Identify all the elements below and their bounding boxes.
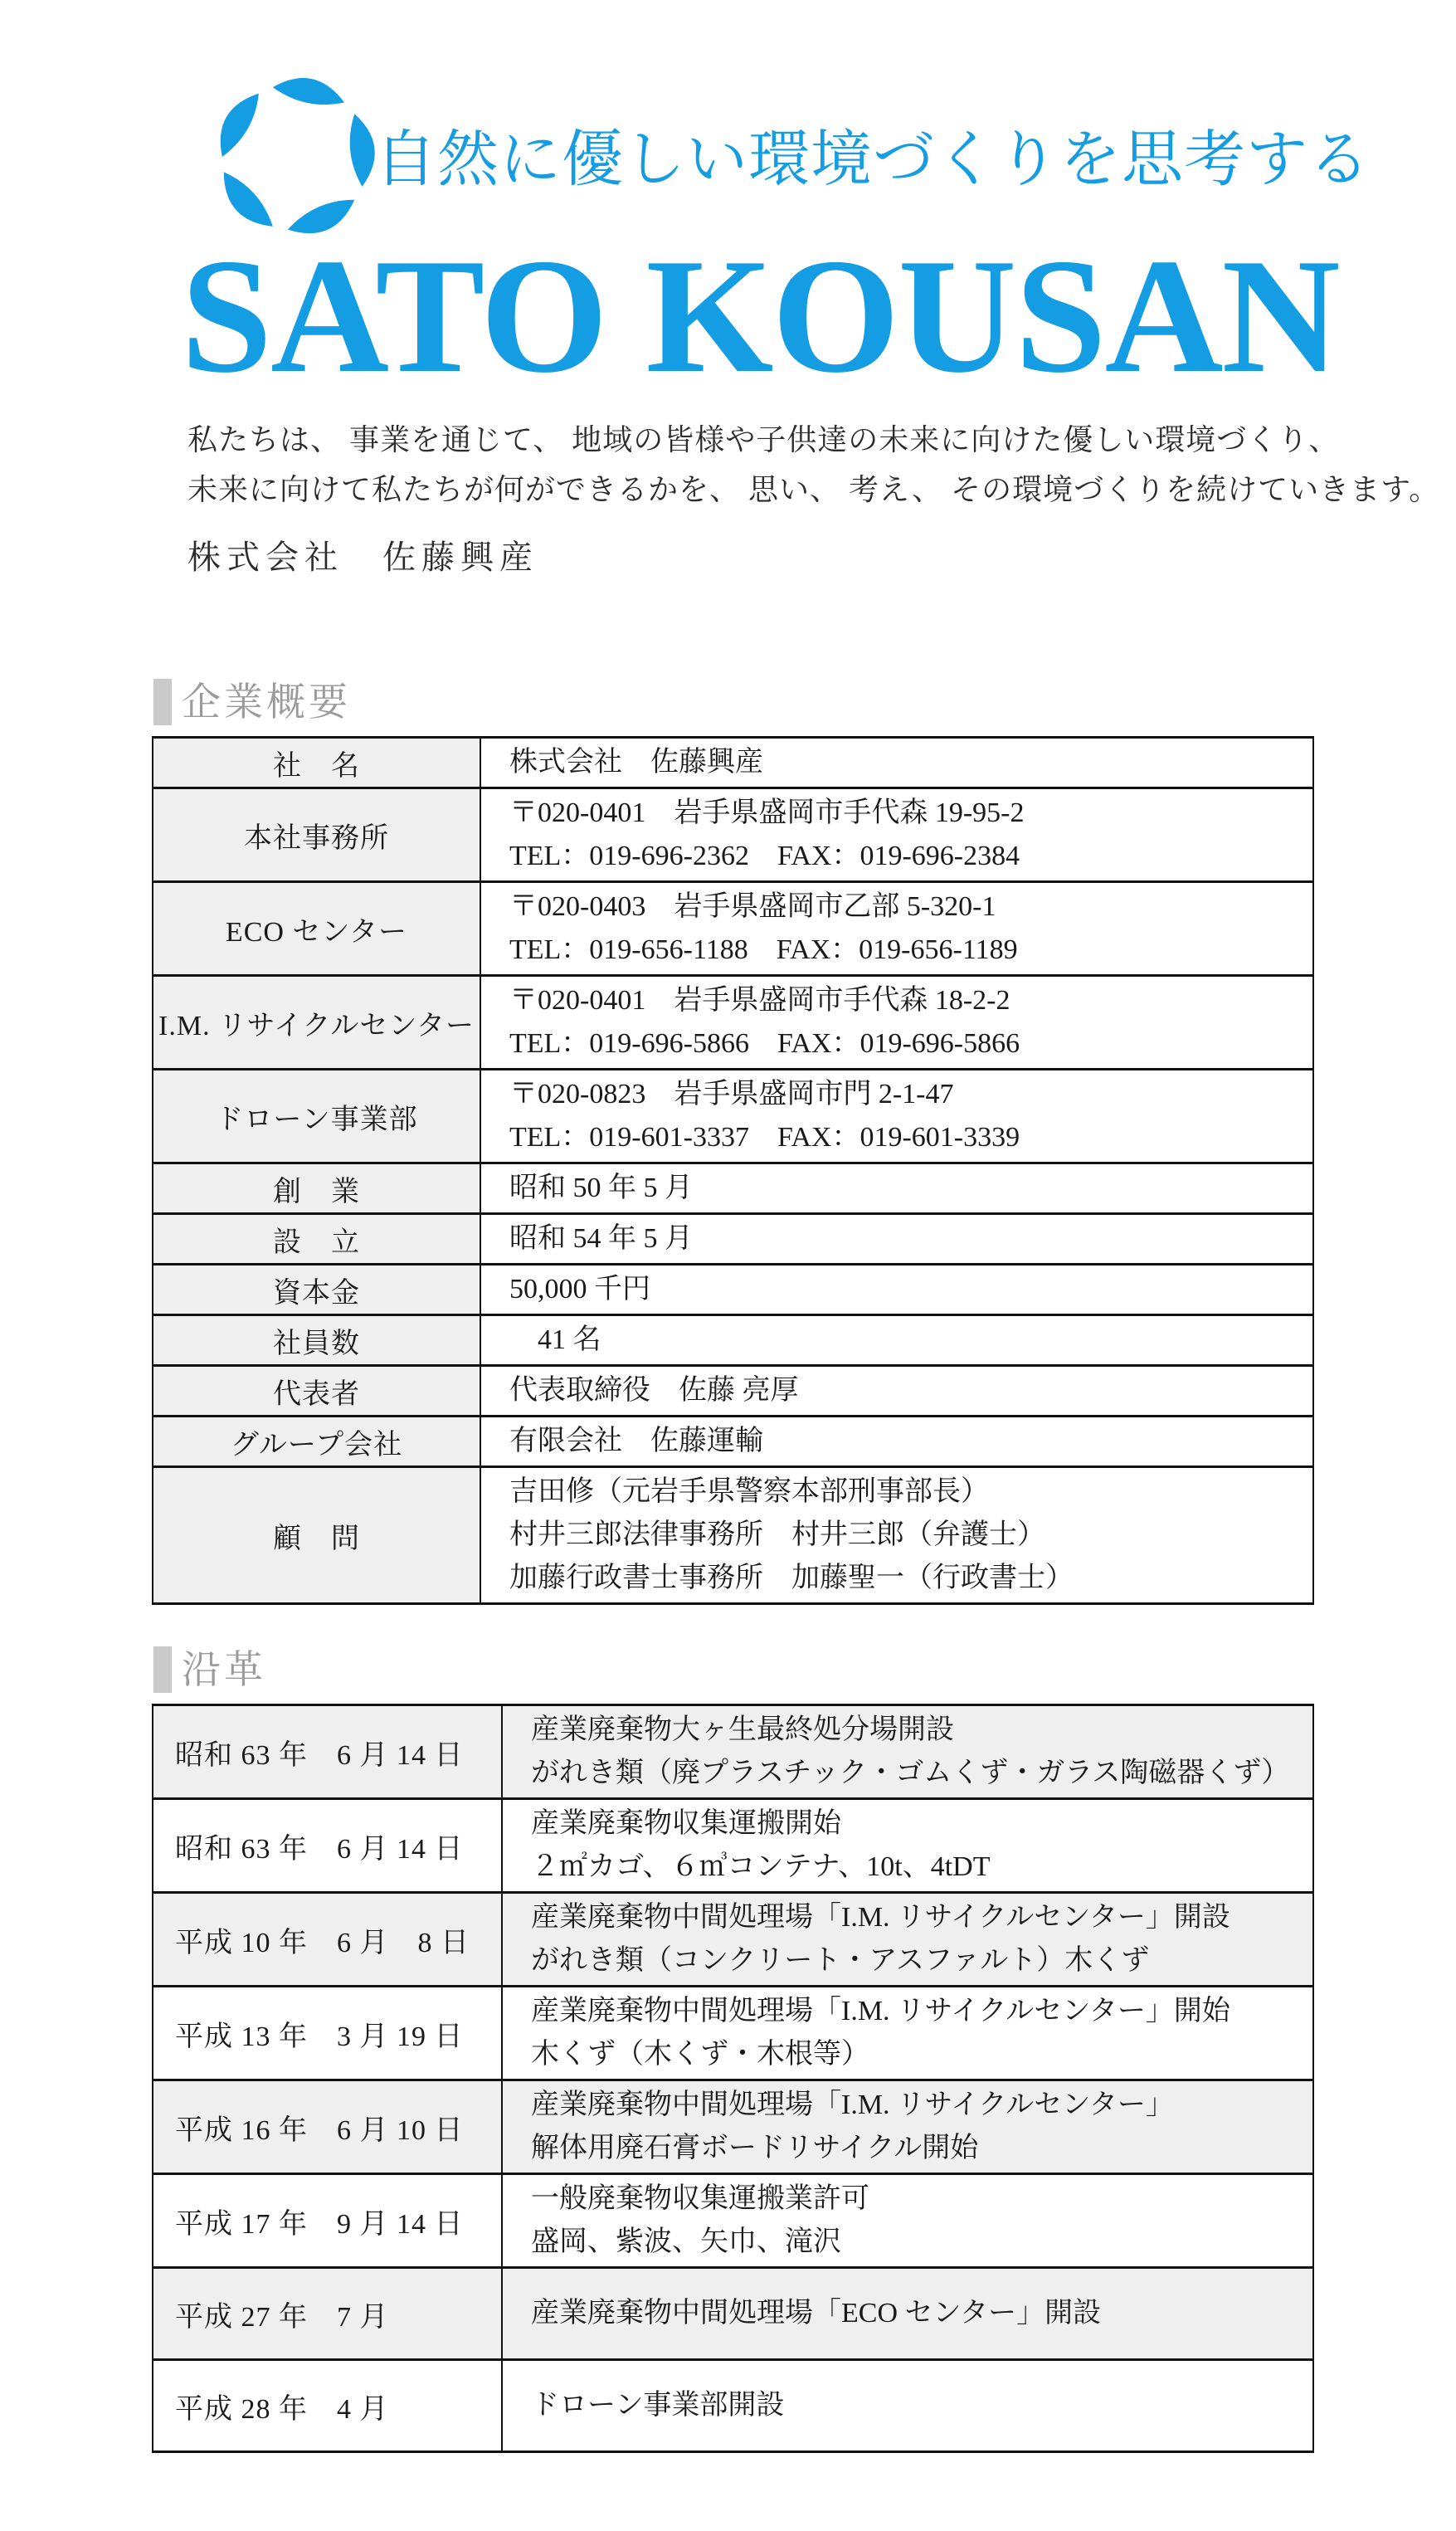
table-row: 資本金 50,000 千円 xyxy=(153,1265,1313,1315)
section-title: 企業概要 xyxy=(182,682,351,723)
history-date: 昭和 63 年 6 月 14 日 xyxy=(153,1799,502,1893)
row-label: I.M. リサイクルセンター xyxy=(153,976,480,1070)
row-value: 〒020-0401 岩手県盛岡市手代森 18-2-2TEL：019-696-58… xyxy=(480,976,1313,1070)
brand-title-en: SATO KOUSAN xyxy=(181,234,1339,398)
row-label: 設 立 xyxy=(153,1214,480,1265)
table-row: グループ会社 有限会社 佐藤運輸 xyxy=(153,1417,1313,1467)
history-date: 昭和 63 年 6 月 14 日 xyxy=(153,1705,502,1799)
history-date: 平成 10 年 6 月 8 日 xyxy=(153,1893,502,1987)
history-row: 平成 10 年 6 月 8 日 産業廃棄物中間処理場「I.M. リサイクルセンタ… xyxy=(153,1893,1313,1987)
row-label: グループ会社 xyxy=(153,1417,480,1467)
history-row: 平成 13 年 3 月 19 日 産業廃棄物中間処理場「I.M. リサイクルセン… xyxy=(153,1987,1313,2080)
history-description: 産業廃棄物中間処理場「ECO センター」開設 xyxy=(502,2268,1313,2360)
table-row: 創 業 昭和 50 年 5 月 xyxy=(153,1163,1313,1214)
row-value: 〒020-0401 岩手県盛岡市手代森 19-95-2TEL：019-696-2… xyxy=(480,788,1313,882)
history-description: 産業廃棄物中間処理場「I.M. リサイクルセンター」解体用廃石膏ボードリサイクル… xyxy=(502,2080,1313,2174)
table-row: I.M. リサイクルセンター 〒020-0401 岩手県盛岡市手代森 18-2-… xyxy=(153,976,1313,1070)
section-header-overview: 企業概要 xyxy=(153,679,351,725)
history-description: 産業廃棄物収集運搬開始２㎡カゴ、６㎥コンテナ、10t、4tDT xyxy=(502,1799,1313,1893)
row-value: 昭和 50 年 5 月 xyxy=(480,1163,1313,1214)
row-label: 社員数 xyxy=(153,1315,480,1366)
table-row: 本社事務所 〒020-0401 岩手県盛岡市手代森 19-95-2TEL：019… xyxy=(153,788,1313,882)
row-label: ECO センター xyxy=(153,882,480,976)
history-description: 産業廃棄物中間処理場「I.M. リサイクルセンター」開設がれき類（コンクリート・… xyxy=(502,1893,1313,1987)
history-row: 平成 16 年 6 月 10 日 産業廃棄物中間処理場「I.M. リサイクルセン… xyxy=(153,2080,1313,2174)
row-value: 代表取締役 佐藤 亮厚 xyxy=(480,1366,1313,1417)
row-value: 昭和 54 年 5 月 xyxy=(480,1214,1313,1265)
mission-line: 私たちは、 事業を通じて、 地域の皆様や子供達の未来に向けた優しい環境づくり、 xyxy=(187,415,1439,465)
history-date: 平成 16 年 6 月 10 日 xyxy=(153,2080,502,2174)
table-row: 社員数 41 名 xyxy=(153,1315,1313,1366)
company-profile-page: { "brand": { "tagline": "自然に優しい環境づくりを思考す… xyxy=(0,0,1456,2531)
row-label: 社 名 xyxy=(153,738,480,788)
mission-statement: 私たちは、 事業を通じて、 地域の皆様や子供達の未来に向けた優しい環境づくり、 … xyxy=(187,415,1439,514)
row-label: 本社事務所 xyxy=(153,788,480,882)
row-label: 顧 問 xyxy=(153,1467,480,1604)
row-value: 〒020-0403 岩手県盛岡市乙部 5-320-1TEL：019-656-11… xyxy=(480,882,1313,976)
section-marker-bar xyxy=(153,679,172,725)
row-value: 吉田修（元岩手県警察本部刑事部長）村井三郎法律事務所 村井三郎（弁護士）加藤行政… xyxy=(480,1467,1313,1604)
row-value: 41 名 xyxy=(480,1315,1313,1366)
row-label: 創 業 xyxy=(153,1163,480,1214)
table-row: ECO センター 〒020-0403 岩手県盛岡市乙部 5-320-1TEL：0… xyxy=(153,882,1313,976)
table-row: 社 名 株式会社 佐藤興産 xyxy=(153,738,1313,788)
section-title: 沿革 xyxy=(182,1650,266,1690)
section-marker-bar xyxy=(153,1646,172,1693)
history-description: 産業廃棄物大ヶ生最終処分場開設がれき類（廃プラスチック・ゴムくず・ガラス陶磁器く… xyxy=(502,1705,1313,1799)
row-value: 50,000 千円 xyxy=(480,1265,1313,1315)
row-value: 有限会社 佐藤運輸 xyxy=(480,1417,1313,1467)
section-header-history: 沿革 xyxy=(153,1646,266,1693)
history-date: 平成 17 年 9 月 14 日 xyxy=(153,2174,502,2268)
history-description: ドローン事業部開設 xyxy=(502,2360,1313,2452)
history-date: 平成 13 年 3 月 19 日 xyxy=(153,1987,502,2080)
table-row: ドローン事業部 〒020-0823 岩手県盛岡市門 2-1-47TEL：019-… xyxy=(153,1070,1313,1163)
table-row: 設 立 昭和 54 年 5 月 xyxy=(153,1214,1313,1265)
row-value: 株式会社 佐藤興産 xyxy=(480,738,1313,788)
table-row: 代表者 代表取締役 佐藤 亮厚 xyxy=(153,1366,1313,1417)
company-name-jp: 株式会社 佐藤興産 xyxy=(187,531,538,578)
table-row: 顧 問 吉田修（元岩手県警察本部刑事部長）村井三郎法律事務所 村井三郎（弁護士）… xyxy=(153,1467,1313,1604)
history-date: 平成 27 年 7 月 xyxy=(153,2268,502,2360)
row-label: 代表者 xyxy=(153,1366,480,1417)
history-row: 平成 28 年 4 月 ドローン事業部開設 xyxy=(153,2360,1313,2452)
swirl-logo-icon xyxy=(214,71,377,242)
mission-line: 未来に向けて私たちが何ができるかを、 思い、 考え、 その環境づくりを続けていき… xyxy=(187,465,1439,514)
history-description: 産業廃棄物中間処理場「I.M. リサイクルセンター」開始木くず（木くず・木根等） xyxy=(502,1987,1313,2080)
row-label: 資本金 xyxy=(153,1265,480,1315)
history-description: 一般廃棄物収集運搬業許可盛岡、紫波、矢巾、滝沢 xyxy=(502,2174,1313,2268)
history-row: 昭和 63 年 6 月 14 日 産業廃棄物大ヶ生最終処分場開設がれき類（廃プラ… xyxy=(153,1705,1313,1799)
row-label: ドローン事業部 xyxy=(153,1070,480,1163)
history-row: 昭和 63 年 6 月 14 日 産業廃棄物収集運搬開始２㎡カゴ、６㎥コンテナ、… xyxy=(153,1799,1313,1893)
row-value: 〒020-0823 岩手県盛岡市門 2-1-47TEL：019-601-3337… xyxy=(480,1070,1313,1163)
history-date: 平成 28 年 4 月 xyxy=(153,2360,502,2452)
brand-tagline: 自然に優しい環境づくりを思考する xyxy=(375,123,1371,197)
history-row: 平成 17 年 9 月 14 日 一般廃棄物収集運搬業許可盛岡、紫波、矢巾、滝沢 xyxy=(153,2174,1313,2268)
company-history-table: 昭和 63 年 6 月 14 日 産業廃棄物大ヶ生最終処分場開設がれき類（廃プラ… xyxy=(152,1704,1314,2453)
company-overview-table: 社 名 株式会社 佐藤興産 本社事務所 〒020-0401 岩手県盛岡市手代森 … xyxy=(152,736,1314,1605)
history-row: 平成 27 年 7 月 産業廃棄物中間処理場「ECO センター」開設 xyxy=(153,2268,1313,2360)
